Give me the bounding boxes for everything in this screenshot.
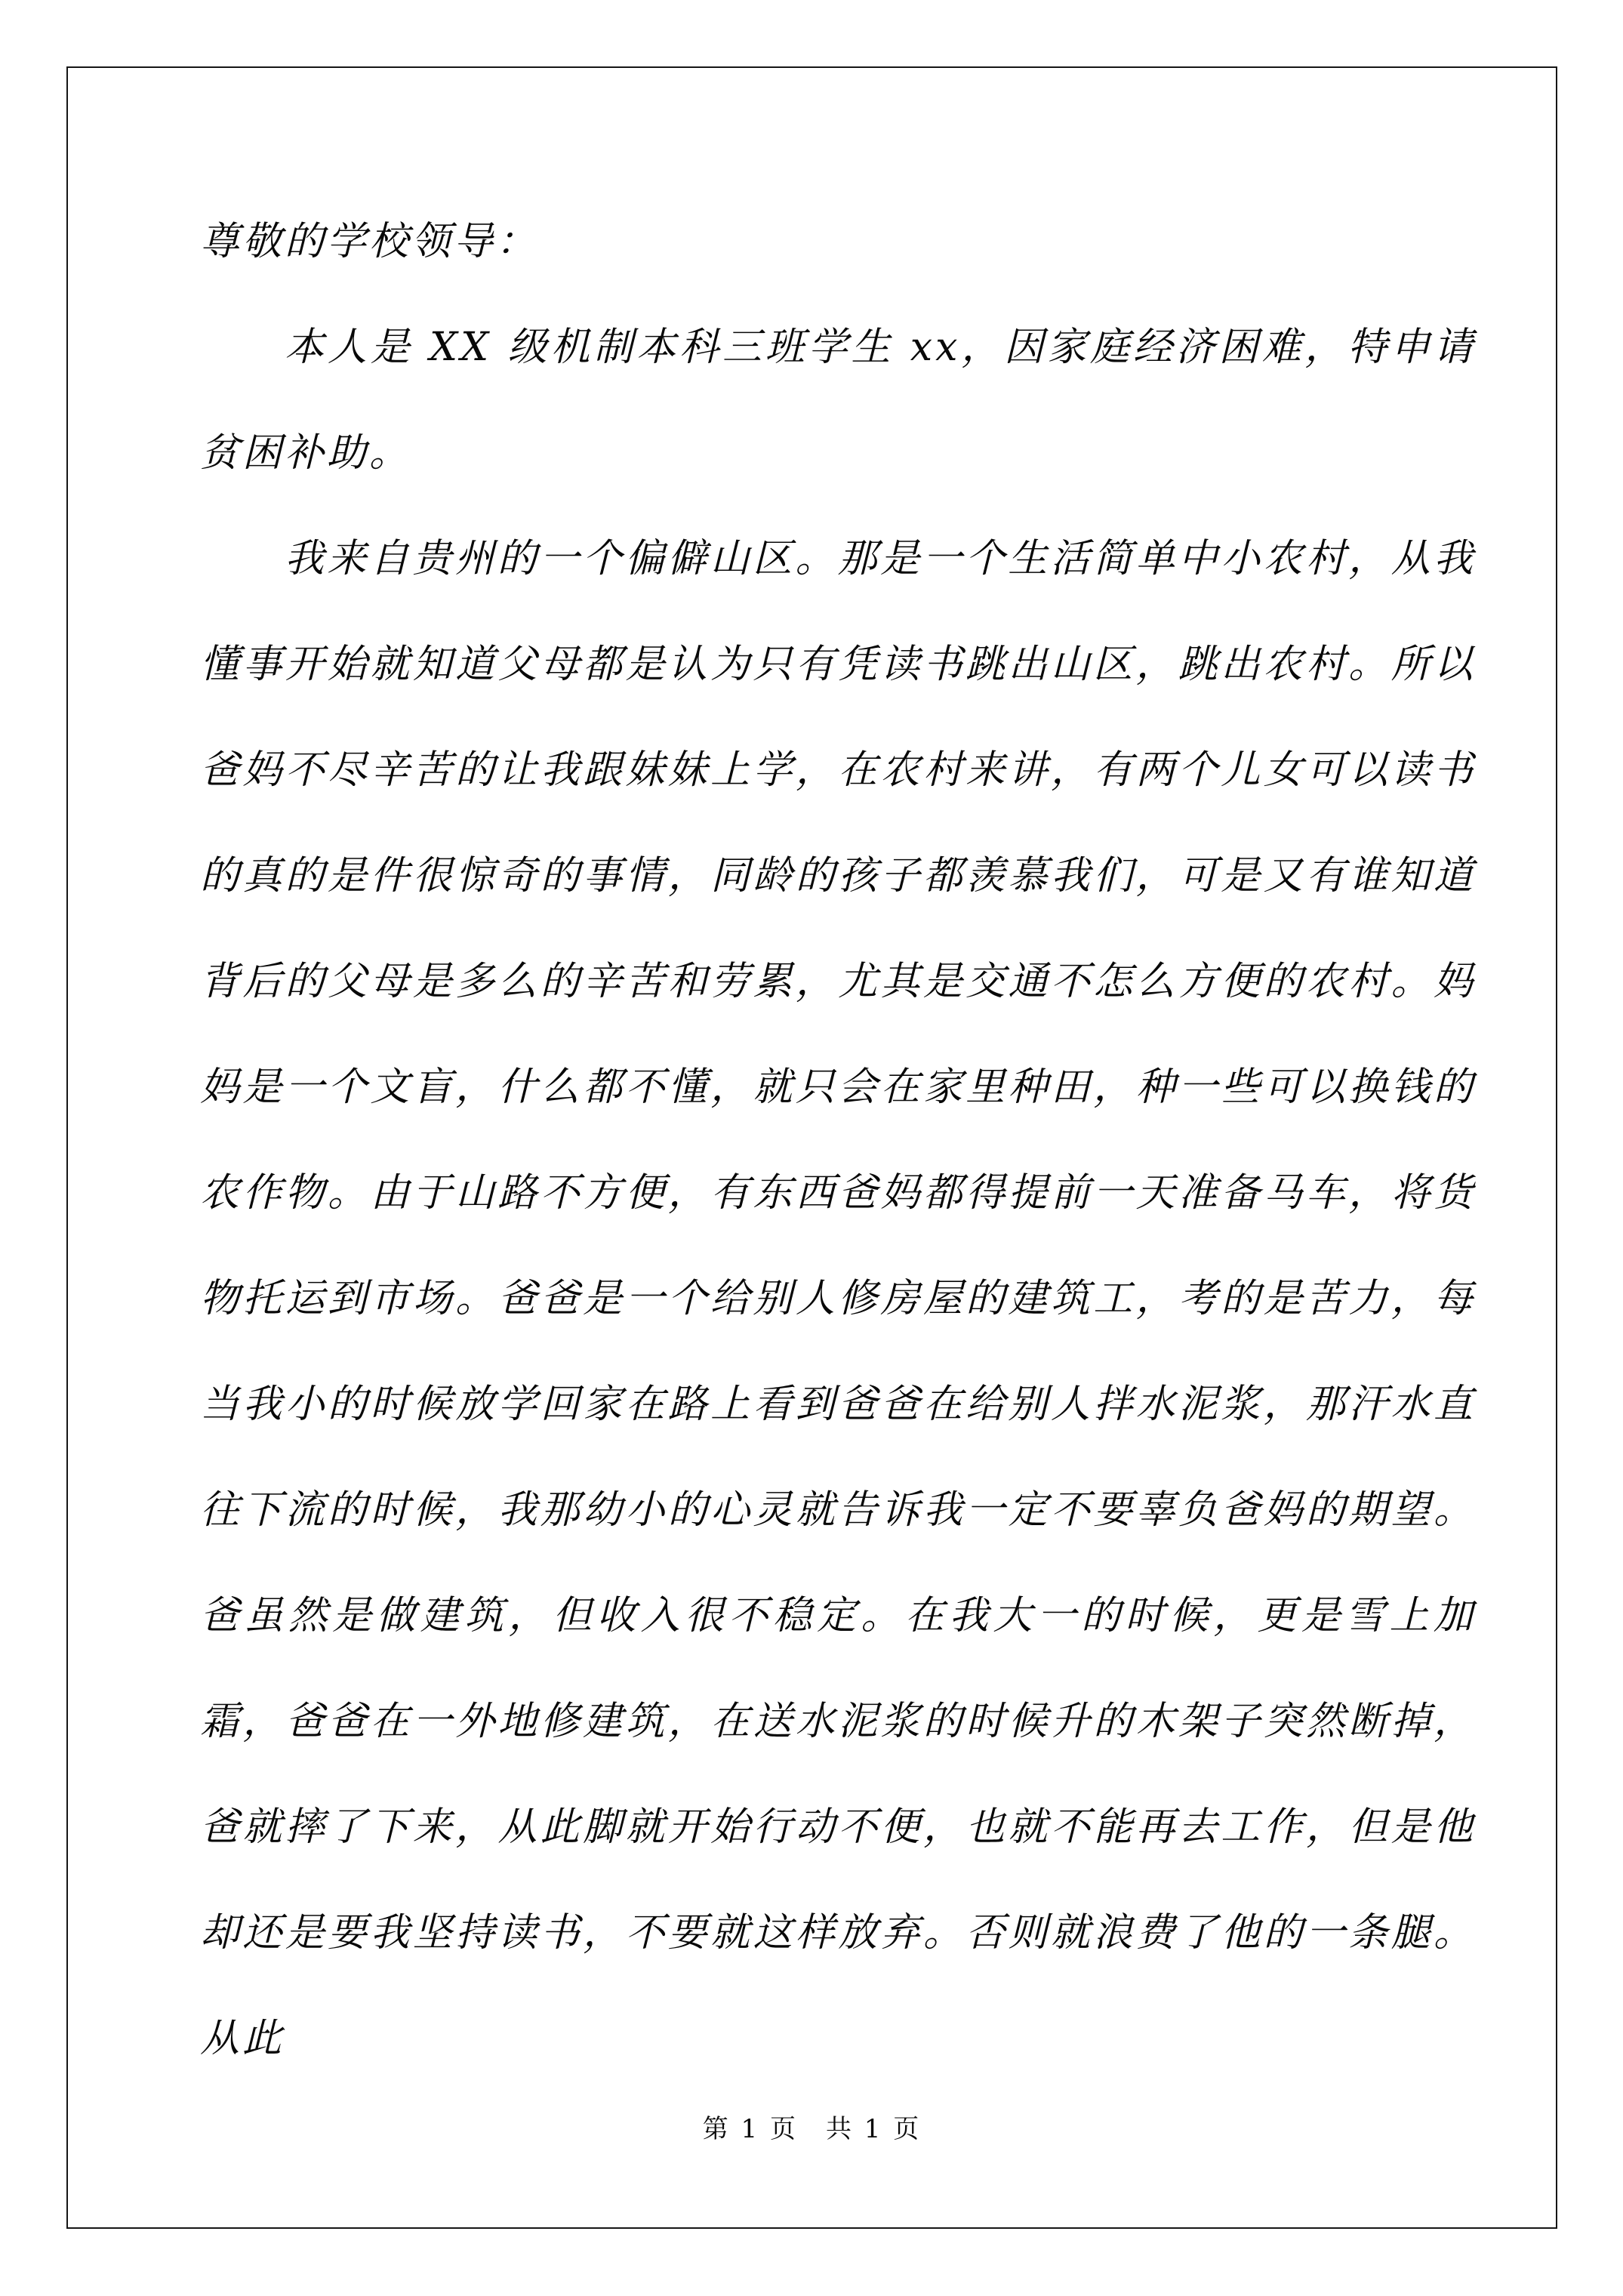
document-body: 尊敬的学校领导： 本人是 XX 级机制本科三班学生 xx，因家庭经济困难，特申请… <box>200 189 1476 2091</box>
paragraph: 我来自贵州的一个偏僻山区。那是一个生活简单中小农村，从我懂事开始就知道父母都是认… <box>200 506 1476 2091</box>
paragraph: 本人是 XX 级机制本科三班学生 xx，因家庭经济困难，特申请贫困补助。 <box>200 294 1476 506</box>
page-number-footer: 第 1 页 共 1 页 <box>66 2114 1557 2144</box>
salutation-line: 尊敬的学校领导： <box>200 189 1476 294</box>
document-page: 尊敬的学校领导： 本人是 XX 级机制本科三班学生 xx，因家庭经济困难，特申请… <box>0 0 1623 2296</box>
